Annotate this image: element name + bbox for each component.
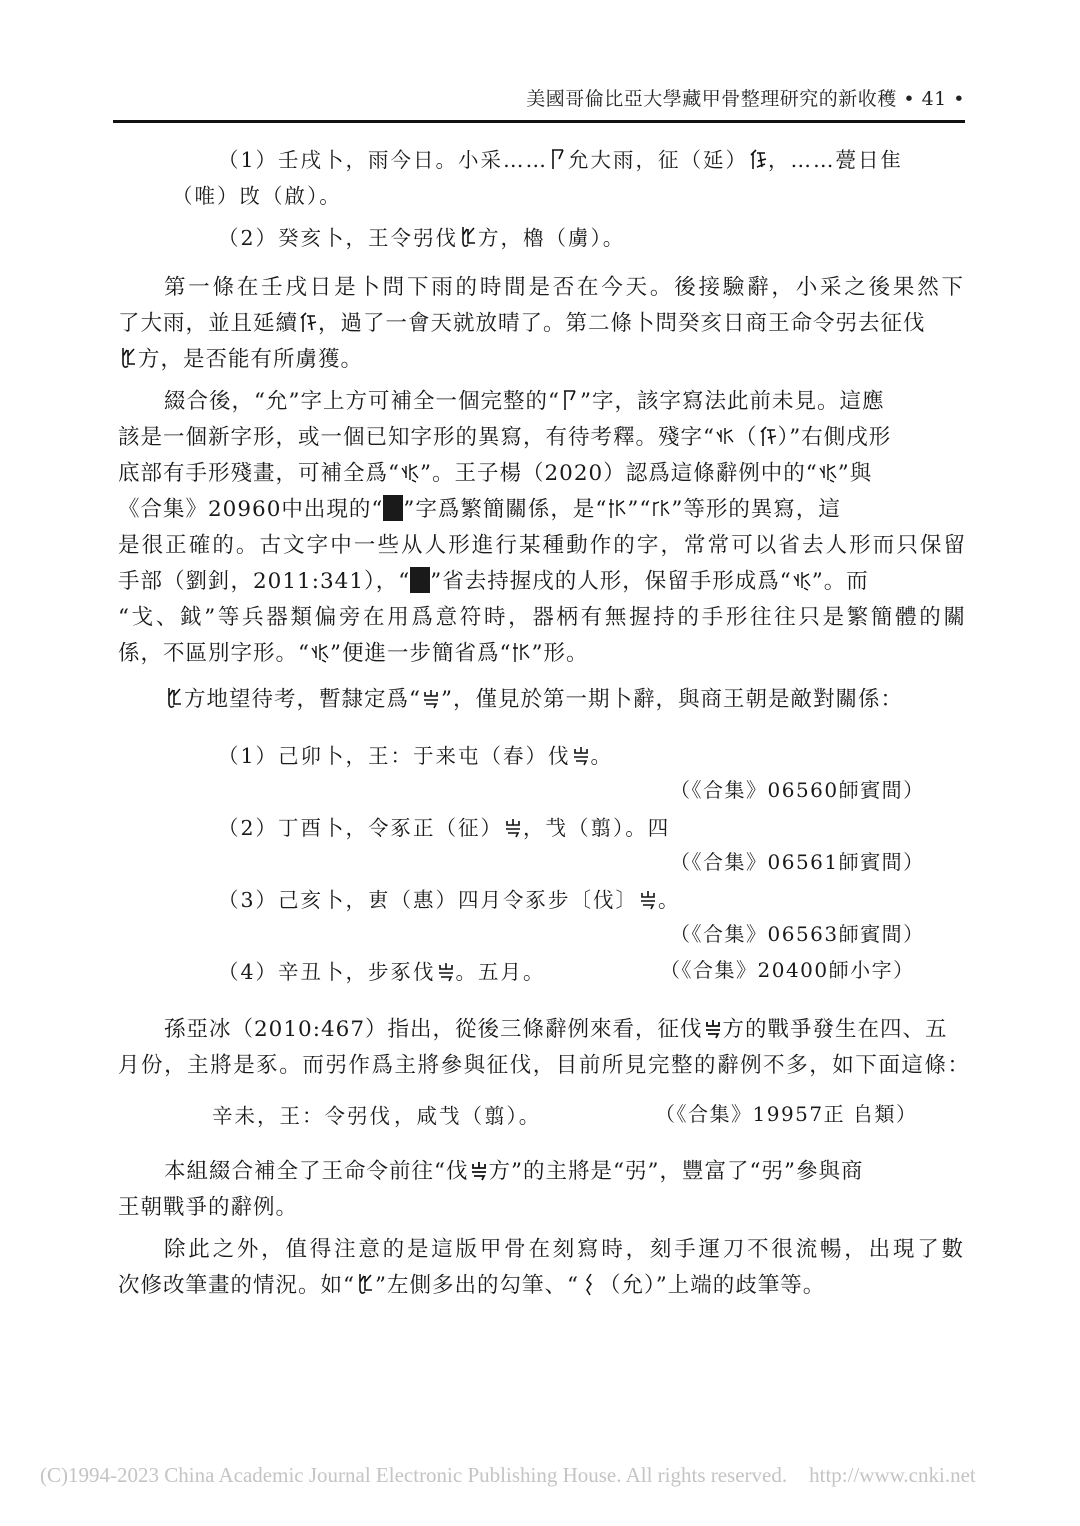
p6-line1: 除此之外，值得注意的是這版甲骨在刻寫時，刻手運刀不很流暢，出現了數 xyxy=(164,1232,964,1268)
p1-line1: 第一條在壬戌日是卜問下雨的時間是否在今天。後接驗辭，小采之後果然下 xyxy=(164,270,964,306)
oracle-glyph-icon xyxy=(458,224,478,248)
p2-line8: 係，不區別字形。“”便進一步簡省爲“”形。 xyxy=(118,636,588,672)
quote2-item3: （3）己亥卜，叀（惠）四月令豖步〔伐〕。 xyxy=(218,882,681,918)
oracle-glyph-icon xyxy=(118,346,138,370)
p2-line7: “戈、鉞”等兵器類偏旁在用爲意符時，器柄有無握持的手形往往只是繁簡體的關 xyxy=(118,600,966,636)
oracle-glyph-icon xyxy=(818,460,838,484)
oracle-glyph-icon xyxy=(503,814,523,838)
quote2-item4-ref: （《合集》20400師小字） xyxy=(660,954,915,983)
oracle-glyph-icon xyxy=(607,496,627,520)
cnki-url: http://www.cnki.net xyxy=(809,1463,976,1487)
oracle-glyph-icon xyxy=(715,424,735,448)
header-rule xyxy=(113,120,965,123)
p1-line2: 了大雨，並且延續，過了一會天就放晴了。第二條卜問癸亥日商王命令弜去征伐 xyxy=(118,306,966,342)
quote2-item1-ref: （《合集》06560師賓間） xyxy=(670,774,925,803)
quote2-item1: （1）己卯卜，王：于来屯（春）伐。 xyxy=(218,738,613,774)
oracle-glyph-icon xyxy=(638,886,658,910)
oracle-glyph-icon xyxy=(421,686,441,710)
page-number: • 41 • xyxy=(903,88,965,110)
quote2-item4: （4）辛丑卜，步豖伐。五月。 xyxy=(218,954,546,990)
p1-line3: 方，是否能有所虜獲。 xyxy=(118,342,363,378)
oracle-glyph-icon xyxy=(560,388,580,412)
rubbing-glyph-icon xyxy=(383,495,403,521)
oracle-glyph-icon xyxy=(571,742,591,766)
copyright-footer: (C)1994-2023 China Academic Journal Elec… xyxy=(40,1463,1040,1488)
p2-line4: 《合集》20960中出現的“”字爲繁簡關係，是“”“”等形的異寫，這 xyxy=(118,492,966,528)
quote2-item3-ref: （《合集》06563師賓間） xyxy=(670,918,925,947)
oracle-glyph-icon xyxy=(703,1016,723,1040)
oracle-glyph-icon xyxy=(469,1158,489,1182)
p2-line5: 是很正確的。古文字中一些从人形進行某種動作的字，常常可以省去人形而只保留 xyxy=(118,528,966,564)
oracle-glyph-icon xyxy=(436,958,456,982)
quote1-item1-line1: （1）壬戌卜，雨今日。小采……允大雨，征（延），……甍日隹 xyxy=(218,142,903,178)
p2-line1: 綴合後，“允”字上方可補全一個完整的“”字，該字寫法此前未見。這應 xyxy=(164,384,964,420)
p5-line2: 王朝戰爭的辭例。 xyxy=(118,1190,298,1226)
quote2-item2-ref: （《合集》06561師賓間） xyxy=(670,846,925,875)
p3-line1: 方地望待考，暫隸定爲“”，僅見於第一期卜辭，與商王朝是敵對關係： xyxy=(164,682,903,718)
p2-line2: 該是一個新字形，或一個已知字形的異寫，有待考釋。殘字“（）”右側戌形 xyxy=(118,420,966,456)
oracle-glyph-icon xyxy=(310,640,330,664)
running-title: 美國哥倫比亞大學藏甲骨整理研究的新收穫 xyxy=(526,88,897,110)
p2-line6: 手部（劉釗，2011:341），“”省去持握戌的人形，保留手形成爲“”。而 xyxy=(118,564,966,600)
oracle-glyph-icon xyxy=(579,1272,599,1296)
quote3-text: 辛未，王：令弜伐𡵂，咸𢦏（翦）。 xyxy=(212,1098,541,1134)
copyright-text: (C)1994-2023 China Academic Journal Elec… xyxy=(40,1463,787,1487)
oracle-glyph-icon xyxy=(511,640,531,664)
p4-line2: 月份，主將是豖。而弜作爲主將參與征伐，目前所見完整的辭例不多，如下面這條： xyxy=(118,1048,970,1084)
running-header: 美國哥倫比亞大學藏甲骨整理研究的新收穫 • 41 • xyxy=(113,84,965,111)
p5-line1: 本組綴合補全了王命令前往“伐方”的主將是“弜”，豐富了“弜”參與商 xyxy=(164,1154,964,1190)
quote1-item1-line2: （唯）攺（啟）。 xyxy=(172,178,342,214)
quote2-item2: （2）丁酉卜，令豖正（征），𢦏（翦）。四 xyxy=(218,810,670,846)
rubbing-glyph-icon xyxy=(410,567,430,593)
oracle-glyph-icon xyxy=(548,146,568,170)
p2-line3: 底部有手形殘畫，可補全爲“”。王子楊（2020）認爲這條辭例中的“”與 xyxy=(118,456,966,492)
oracle-glyph-icon xyxy=(400,460,420,484)
oracle-glyph-icon xyxy=(298,310,318,334)
oracle-glyph-icon xyxy=(355,1272,375,1296)
oracle-glyph-icon xyxy=(758,424,778,448)
oracle-glyph-icon xyxy=(164,686,184,710)
quote3-ref: （《合集》19957正 𠂤類） xyxy=(655,1098,917,1127)
p4-line1: 孫亞冰（2010:467）指出，從後三條辭例來看，征伐方的戰爭發生在四、五 xyxy=(164,1012,964,1048)
oracle-glyph-icon xyxy=(651,496,671,520)
oracle-glyph-icon xyxy=(792,568,812,592)
quote1-item2: （2）癸亥卜，王令弜伐方，櫓（虜）。 xyxy=(218,220,625,256)
oracle-glyph-icon xyxy=(748,146,768,170)
p6-line2: 次修改筆畫的情況。如“”左側多出的勾筆、“（允）”上端的歧筆等。 xyxy=(118,1268,825,1304)
